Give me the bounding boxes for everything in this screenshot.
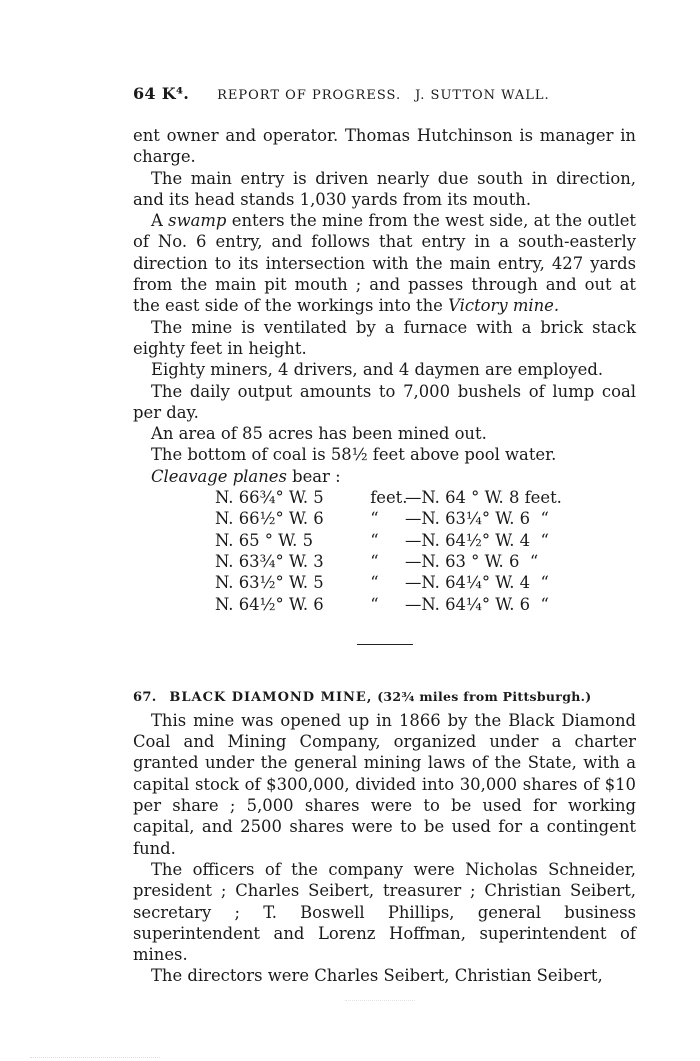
book-page: 64 K⁴. REPORT OF PROGRESS. J. SUTTON WAL… <box>133 84 636 987</box>
bearing-right: —N. 64½° W. 4 “ <box>405 530 549 551</box>
cleavage-row: N. 65 ° W. 5 “ —N. 64½° W. 4 “ <box>215 530 636 551</box>
bearing-left: N. 65 ° W. 5 <box>215 530 365 551</box>
paragraph: ent owner and operator. Thomas Hutchinso… <box>133 125 636 168</box>
section-67-body: This mine was opened up in 1866 by the B… <box>133 710 636 987</box>
page-number: 64 K⁴. <box>133 84 189 103</box>
italic-term: Cleavage planes <box>151 467 287 486</box>
cleavage-row: N. 66½° W. 6 “ —N. 63¼° W. 6 “ <box>215 508 636 529</box>
cleavage-row: N. 64½° W. 6 “ —N. 64¼° W. 6 “ <box>215 594 636 615</box>
bearing-left: N. 63½° W. 5 <box>215 572 365 593</box>
paragraph: The daily output amounts to 7,000 bushel… <box>133 381 636 424</box>
bearing-left: N. 64½° W. 6 <box>215 594 365 615</box>
paragraph: The directors were Charles Seibert, Chri… <box>133 965 636 986</box>
section-heading: 67. BLACK DIAMOND MINE, (32¾ miles from … <box>133 689 636 705</box>
paragraph: A swamp enters the mine from the west si… <box>133 210 636 316</box>
unit: feet. <box>365 487 405 508</box>
cleavage-row: N. 66¾° W. 5 feet. —N. 64 ° W. 8 feet. <box>215 487 636 508</box>
unit: “ <box>365 572 405 593</box>
section-divider <box>357 644 413 645</box>
bearing-right: —N. 63 ° W. 6 “ <box>405 551 538 572</box>
running-head: 64 K⁴. REPORT OF PROGRESS. J. SUTTON WAL… <box>133 84 636 110</box>
paragraph: This mine was opened up in 1866 by the B… <box>133 710 636 859</box>
bearing-left: N. 66½° W. 6 <box>215 508 365 529</box>
text-run: bear : <box>287 467 341 486</box>
paragraph: The main entry is driven nearly due sout… <box>133 168 636 211</box>
unit: “ <box>365 594 405 615</box>
bearing-right: —N. 64¼° W. 4 “ <box>405 572 549 593</box>
cleavage-intro: Cleavage planes bear : <box>133 466 636 487</box>
section-number: 67. <box>133 690 157 705</box>
section-subtitle: (32¾ miles from Pittsburgh.) <box>377 689 591 704</box>
bearing-left: N. 66¾° W. 5 <box>215 487 365 508</box>
italic-term: swamp <box>168 211 226 230</box>
paragraph: The bottom of coal is 58½ feet above poo… <box>133 444 636 465</box>
unit: “ <box>365 530 405 551</box>
paragraph: The officers of the company were Nichola… <box>133 859 636 965</box>
bearing-right: —N. 64¼° W. 6 “ <box>405 594 549 615</box>
paragraph: The mine is ventilated by a furnace with… <box>133 317 636 360</box>
text-run: A <box>151 211 168 230</box>
cleavage-row: N. 63¾° W. 3 “ —N. 63 ° W. 6 “ <box>215 551 636 572</box>
scan-artifact <box>345 1000 415 1002</box>
bearing-left: N. 63¾° W. 3 <box>215 551 365 572</box>
italic-term: Victory mine. <box>448 296 559 315</box>
cleavage-row: N. 63½° W. 5 “ —N. 64¼° W. 4 “ <box>215 572 636 593</box>
running-head-author: J. SUTTON WALL. <box>415 88 550 103</box>
scan-artifact <box>30 1057 160 1059</box>
unit: “ <box>365 508 405 529</box>
cleavage-planes-table: N. 66¾° W. 5 feet. —N. 64 ° W. 8 feet. N… <box>215 487 636 615</box>
paragraph: An area of 85 acres has been mined out. <box>133 423 636 444</box>
paragraph: Eighty miners, 4 drivers, and 4 daymen a… <box>133 359 636 380</box>
running-head-title: REPORT OF PROGRESS. <box>217 88 401 103</box>
section-title: BLACK DIAMOND MINE, <box>169 690 372 705</box>
unit: “ <box>365 551 405 572</box>
bearing-right: —N. 64 ° W. 8 feet. <box>405 487 562 508</box>
bearing-right: —N. 63¼° W. 6 “ <box>405 508 549 529</box>
section-66-continued: ent owner and operator. Thomas Hutchinso… <box>133 125 636 487</box>
